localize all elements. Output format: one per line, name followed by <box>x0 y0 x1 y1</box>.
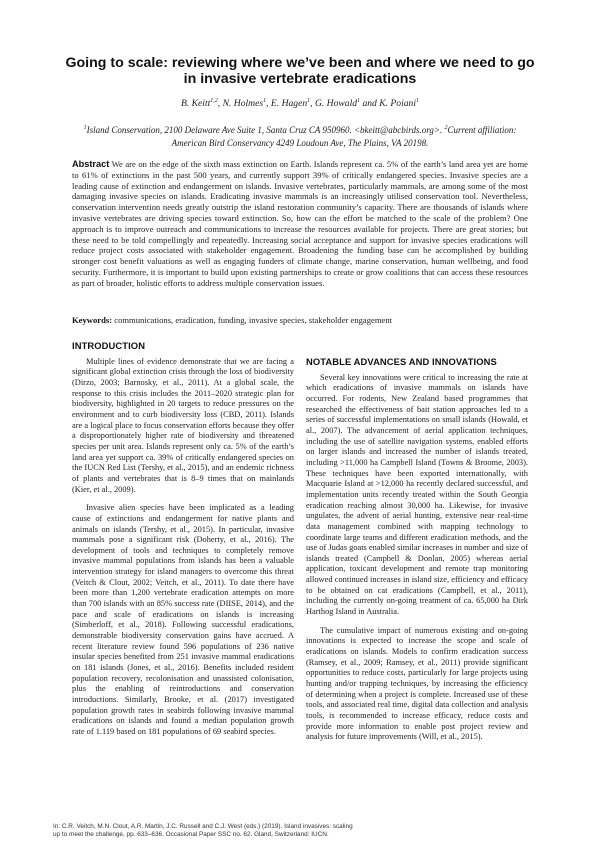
affiliation-text: Current affiliation: <box>447 125 516 135</box>
author-affiliation-mark: 1,2 <box>210 98 218 104</box>
author-affiliation-mark: 1 <box>416 98 419 104</box>
section-heading: NOTABLE ADVANCES AND INNOVATIONS <box>306 357 528 368</box>
introduction-section: INTRODUCTION Multiple lines of evidence … <box>72 341 294 746</box>
author: K. Poiani <box>379 98 416 109</box>
paper-page: Going to scale: reviewing where we’ve be… <box>0 0 600 849</box>
citation-footer: In: C.R. Veitch, M.N. Clout, A.R. Martin… <box>53 823 373 839</box>
author: G. Howald <box>315 98 357 109</box>
author-separator: and <box>360 98 379 109</box>
footer-line-2: up to meet the challenge, pp. 633–636. O… <box>53 831 373 839</box>
author: N. Holmes <box>223 98 264 109</box>
keywords: Keywords: communications, eradication, f… <box>72 315 528 325</box>
abstract: Abstract We are on the edge of the sixth… <box>72 159 528 289</box>
affiliations: 1Island Conservation, 2100 Delaware Ave … <box>50 124 550 150</box>
advances-section: NOTABLE ADVANCES AND INNOVATIONS Several… <box>306 357 528 751</box>
title-line-1: Going to scale: reviewing where we’ve be… <box>60 55 540 71</box>
paragraph: The cumulative impact of numerous existi… <box>306 626 528 743</box>
paragraph: Invasive alien species have been implica… <box>72 503 294 737</box>
affiliation-line-2: American Bird Conservancy 4249 Loudoun A… <box>50 137 550 150</box>
author: B. Keitt <box>181 98 210 109</box>
abstract-text: We are on the edge of the sixth mass ext… <box>72 159 528 288</box>
title-line-2: in invasive vertebrate eradications <box>60 71 540 87</box>
abstract-label: Abstract <box>72 159 109 169</box>
paragraph: Several key innovations were critical to… <box>306 373 528 618</box>
paragraph: Multiple lines of evidence demonstrate t… <box>72 357 294 496</box>
affiliation-text: Island Conservation, 2100 Delaware Ave S… <box>87 125 445 135</box>
section-heading: INTRODUCTION <box>72 341 294 352</box>
author: E. Hagen <box>271 98 307 109</box>
paper-title: Going to scale: reviewing where we’ve be… <box>60 55 540 87</box>
keywords-text: communications, eradication, funding, in… <box>112 315 392 325</box>
author-list: B. Keitt1,2, N. Holmes1, E. Hagen1, G. H… <box>60 98 540 109</box>
affiliation-line-1: 1Island Conservation, 2100 Delaware Ave … <box>50 124 550 137</box>
keywords-label: Keywords: <box>72 315 112 325</box>
footer-line-1: In: C.R. Veitch, M.N. Clout, A.R. Martin… <box>53 823 373 831</box>
